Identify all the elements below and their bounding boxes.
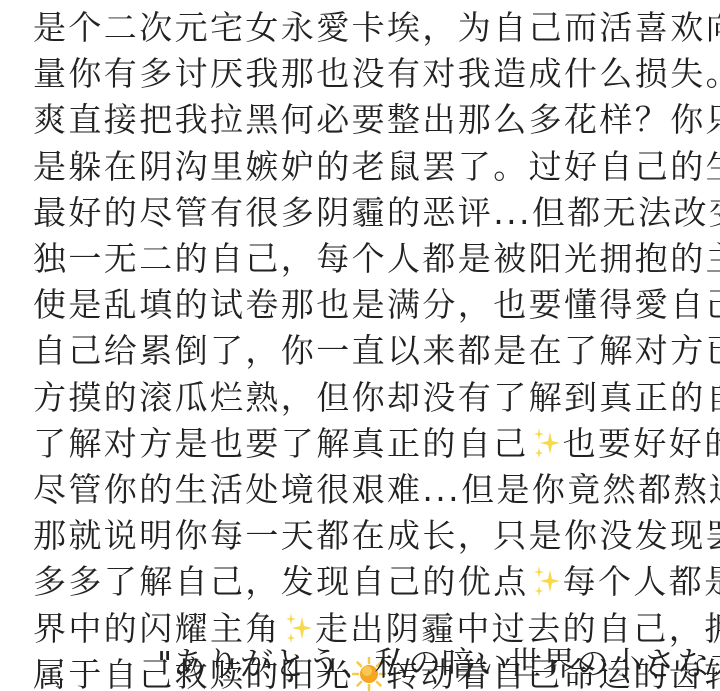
text-segment: 是个二次元宅女永愛卡埃，为自己而活喜欢向日葵尽: [33, 8, 720, 47]
text-segment: 多多了解自己，发现自己的优点: [33, 562, 529, 601]
text-line: 是躲在阴沟里嫉妒的老鼠罢了。过好自己的生活才是: [33, 144, 720, 190]
text-segment: 是躲在阴沟里嫉妒的老鼠罢了。过好自己的生活才是: [33, 147, 720, 186]
text-line: 爽直接把我拉黑何必要整出那么多花样？你只不过只: [33, 97, 720, 143]
text-line: 尽管你的生活处境很艰难...但是你竟然都熬过来了！: [33, 467, 720, 513]
text-segment: 最好的尽管有很多阴霾的恶评...但都无法改变那个独: [33, 193, 720, 232]
text-segment: 每个人都是自己世: [563, 562, 720, 601]
text-line: 量你有多讨厌我那也没有对我造成什么损失。看我不: [33, 51, 720, 97]
text-line: 最好的尽管有很多阴霾的恶评...但都无法改变那个独: [33, 190, 720, 236]
text-line: 方摸的滚瓜烂熟，但你却没有了解到真正的自己...在: [33, 375, 720, 421]
text-line: 多多了解自己，发现自己的优点每个人都是自己世: [33, 559, 720, 605]
text-segment: 那就说明你每一天都在成长，只是你没发现罢了，要: [33, 516, 720, 555]
text-segment: 方摸的滚瓜烂熟，但你却没有了解到真正的自己...在: [33, 378, 720, 417]
text-line: 使是乱填的试卷那也是满分，也要懂得愛自己不要把: [33, 282, 720, 328]
text-segment: 使是乱填的试卷那也是满分，也要懂得愛自己不要把: [33, 285, 720, 324]
text-segment: 尽管你的生活处境很艰难...但是你竟然都熬过来了！: [33, 470, 720, 509]
text-segment: 自己给累倒了，你一直以来都是在了解对方已经把对: [33, 331, 720, 370]
signature-line: "ありがとう、私の暗い世界の小さな太陽": [157, 641, 720, 687]
text-line: 了解对方是也要了解真正的自己也要好好的愛自己: [33, 421, 720, 467]
text-line: 是个二次元宅女永愛卡埃，为自己而活喜欢向日葵尽: [33, 5, 720, 51]
text-segment: 爽直接把我拉黑何必要整出那么多花样？你只不过只: [33, 100, 720, 139]
text-line: 那就说明你每一天都在成长，只是你没发现罢了，要: [33, 513, 720, 559]
text-segment: 独一无二的自己，每个人都是被阳光拥抱的主角，即: [33, 239, 720, 278]
text-segment: 也要好好的愛自己: [563, 424, 720, 463]
sparkles-icon: [281, 611, 315, 645]
text-line: 独一无二的自己，每个人都是被阳光拥抱的主角，即: [33, 236, 720, 282]
text-image-page: 是个二次元宅女永愛卡埃，为自己而活喜欢向日葵尽量你有多讨厌我那也没有对我造成什么…: [0, 0, 720, 691]
text-segment: 了解对方是也要了解真正的自己: [33, 424, 529, 463]
sparkles-icon: [529, 426, 563, 460]
text-line: 自己给累倒了，你一直以来都是在了解对方已经把对: [33, 328, 720, 374]
sparkles-icon: [529, 564, 563, 598]
text-segment: 量你有多讨厌我那也没有对我造成什么损失。看我不: [33, 54, 720, 93]
